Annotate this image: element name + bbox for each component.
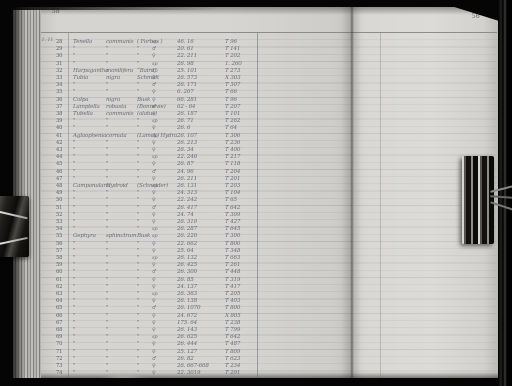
ledger-row: 52"""♀24. 74T 309 — [0, 212, 352, 219]
ledger-row: 66"""♀24. 672X 805 — [0, 313, 352, 320]
cell-sex: sp — [152, 154, 157, 160]
cell-no: 31 — [56, 61, 62, 67]
cell-reg: 6. 207 — [177, 89, 194, 95]
cell-g: " — [73, 46, 75, 52]
ledger-row: 51"""♂26. 417T 642 — [0, 205, 352, 212]
cell-no: 68 — [56, 327, 62, 333]
cell-no: 74 — [56, 370, 62, 376]
cell-no: 45 — [56, 161, 62, 167]
cell-g: " — [73, 334, 75, 340]
cell-g: " — [73, 255, 75, 261]
cell-t: T 809 — [225, 349, 240, 355]
cell-g: " — [73, 363, 75, 369]
cell-a: " — [137, 363, 139, 369]
cell-sex: ♀ — [152, 140, 155, 146]
ledger-row: 74"""♀22. 3019T 291 — [0, 370, 352, 377]
cell-s: " — [106, 161, 108, 167]
cell-t: T 96 — [225, 39, 237, 45]
cell-reg: 26. 625 — [177, 334, 197, 340]
cell-reg: 26. 87 — [177, 161, 194, 167]
cell-reg: 26. 213 — [177, 140, 197, 146]
cell-no: 62 — [56, 284, 62, 290]
cell-no: 72 — [56, 356, 62, 362]
cell-no: 57 — [56, 248, 62, 254]
cell-a: " — [137, 262, 139, 268]
cell-t: T 307 — [225, 82, 240, 88]
cell-s: " — [106, 226, 108, 232]
cell-a: " — [137, 334, 139, 340]
cell-sex: sp — [152, 39, 157, 45]
cell-sex: ♀ — [152, 197, 155, 203]
ledger-row: 60"""♂26. 300T 448 — [0, 269, 352, 276]
cell-s: " — [106, 169, 108, 175]
cell-s: " — [106, 219, 108, 225]
cell-no: 30 — [56, 53, 62, 59]
cell-s: " — [106, 284, 108, 290]
cell-a: " — [137, 284, 139, 290]
cell-sex: sp — [152, 233, 157, 239]
cell-g: " — [73, 349, 75, 355]
cell-no: 46 — [56, 169, 62, 175]
cell-g: " — [73, 161, 75, 167]
ledger-row: 53"""♀26. 310T 427 — [0, 219, 352, 226]
cell-s: communis — [106, 39, 133, 45]
cell-sex: ♀ — [152, 147, 155, 153]
cell-no: 33 — [56, 75, 62, 81]
cell-sex: sp — [152, 133, 157, 139]
cell-reg: 26. 573 — [177, 75, 197, 81]
cell-no: 58 — [56, 255, 62, 261]
photo-bottom-edge — [0, 378, 512, 386]
cell-g: " — [73, 169, 75, 175]
cell-s: " — [106, 313, 108, 319]
cell-g: " — [73, 125, 75, 131]
cell-no: 69 — [56, 334, 62, 340]
cell-g: Tubella — [73, 111, 93, 117]
ledger-row: 40"""♀26. 6T 64 — [0, 125, 352, 132]
cell-sex: ♀ — [152, 284, 155, 290]
cell-g: " — [73, 219, 75, 225]
cell-reg: 26. 211 — [177, 176, 197, 182]
cell-s: " — [106, 363, 108, 369]
cell-g: Campanularia — [73, 183, 111, 189]
cell-g: " — [73, 89, 75, 95]
cell-s: monilifera — [106, 68, 133, 74]
cell-g: " — [73, 320, 75, 326]
cell-t: T 261 — [225, 262, 240, 268]
cell-reg: 62 - 64 — [177, 104, 195, 110]
cell-reg: 26. 363 — [177, 291, 197, 297]
cell-a: " — [137, 269, 139, 275]
cell-t: T 309 — [225, 212, 240, 218]
cell-s: " — [106, 197, 108, 203]
cell-no: 59 — [56, 262, 62, 268]
cell-no: 41 — [56, 133, 62, 139]
cell-no: 48 — [56, 183, 62, 189]
cell-g: " — [73, 205, 75, 211]
cell-reg: 26. 287 — [177, 226, 197, 232]
cell-g: Tubia — [73, 75, 88, 81]
cell-t: T 217 — [225, 154, 240, 160]
ledger-row: 45"""♀26. 87T 118 — [0, 161, 352, 168]
ledger-row: 37Lamptellarobusta(Bonnevie)♂62 - 64T 20… — [0, 104, 352, 111]
ledger-row: 31"""sp26. 981. 260 — [0, 61, 352, 68]
cell-a: " — [137, 46, 139, 52]
cell-t: 1. 260 — [225, 61, 242, 67]
cell-sex: ♀ — [152, 190, 155, 196]
cell-g: " — [73, 284, 75, 290]
cell-reg: 26. 6 — [177, 125, 190, 131]
cell-g: Gephyra — [73, 233, 96, 239]
cell-a: " — [137, 327, 139, 333]
cell-reg: 26. 107 — [177, 133, 197, 139]
cell-no: 60 — [56, 269, 62, 275]
cell-a: " — [137, 248, 139, 254]
cell-no: 44 — [56, 154, 62, 160]
cell-t: T 300 — [225, 233, 240, 239]
cell-no: 47 — [56, 176, 62, 182]
cell-sex: ♂ — [152, 205, 156, 211]
cell-g: Aglaophenia — [73, 133, 106, 139]
cell-no: 49 — [56, 190, 62, 196]
cell-g: " — [73, 53, 75, 59]
cell-no: 65 — [56, 305, 62, 311]
cell-s: " — [106, 89, 108, 95]
cell-sex: sp — [152, 61, 157, 67]
ledger-row: 73"""♀26. 667-668T 234 — [0, 363, 352, 370]
cell-s: " — [106, 305, 108, 311]
ledger-row: 50"""♀22. 242T 65 — [0, 197, 352, 204]
ledger-row: 62"""♀24. 137T 417 — [0, 284, 352, 291]
cell-t: T 262 — [225, 118, 240, 124]
cell-reg: 26. 131 — [177, 183, 197, 189]
cell-sex: ♀ — [152, 262, 155, 268]
cell-sex: sp — [152, 118, 157, 124]
cell-sex: ♂ — [152, 46, 156, 52]
cell-t: T 800 — [225, 305, 240, 311]
cell-a: " — [137, 205, 139, 211]
cell-no: 55 — [56, 233, 62, 239]
cell-s: " — [106, 298, 108, 304]
cell-reg: 24. 74 — [177, 212, 194, 218]
page-block-edge — [12, 4, 41, 380]
cell-t: T 448 — [225, 269, 240, 275]
ledger-row: 28Tenellacommunis( Forbes )sp46. 16T 96 — [0, 39, 352, 46]
cell-g: " — [73, 212, 75, 218]
cell-sex: ♀ — [152, 363, 155, 369]
cell-t: T 487 — [225, 341, 240, 347]
clip-prong — [0, 237, 28, 245]
cell-s: " — [106, 147, 108, 153]
cell-no: 71 — [56, 349, 62, 355]
cell-sex: ♀ — [152, 313, 155, 319]
ledger-row: 33TubianigraSchmidt♀26. 573X 303 — [0, 75, 352, 82]
cell-g: " — [73, 140, 75, 146]
cell-s: " — [106, 241, 108, 247]
cell-a: " — [137, 349, 139, 355]
cell-a: " — [137, 154, 139, 160]
cell-no: 37 — [56, 104, 62, 110]
cell-a: " — [137, 291, 139, 297]
ledger-row: 43"""♀26. 34T 400 — [0, 147, 352, 154]
cell-s: robusta — [106, 104, 126, 110]
cell-sex: ♀ — [152, 241, 155, 247]
cell-no: 39 — [56, 118, 62, 124]
cell-sex: ♀ — [152, 370, 155, 376]
ledger-row: 42"""♀26. 213T 236 — [0, 140, 352, 147]
ledger-row: 71"""♀25. 127T 809 — [0, 349, 352, 356]
cell-no: 50 — [56, 197, 62, 203]
cell-no: 35 — [56, 89, 62, 95]
cell-t: T 417 — [225, 284, 240, 290]
photo-left-edge — [0, 0, 13, 386]
cell-s: " — [106, 262, 108, 268]
cell-s: cornuta — [106, 133, 127, 139]
cell-no: 32 — [56, 68, 62, 74]
cell-no: 73 — [56, 363, 62, 369]
cell-reg: 26. 82 — [177, 356, 194, 362]
cell-g: " — [73, 305, 75, 311]
cell-s: " — [106, 341, 108, 347]
cell-reg: 22. 662 — [177, 241, 197, 247]
cell-reg: 22. 211 — [177, 53, 197, 59]
photo-top-edge — [0, 0, 512, 7]
cell-s: " — [106, 154, 108, 160]
cell-no: 28 — [56, 39, 62, 45]
cell-s: communis — [106, 111, 133, 117]
cell-g: " — [73, 118, 75, 124]
cell-t: T 238 — [225, 320, 240, 326]
cell-s: " — [106, 53, 108, 59]
cell-a: Schmidt — [137, 75, 159, 81]
cell-reg: 20. 61 — [177, 46, 194, 52]
cell-no: 54 — [56, 226, 62, 232]
cell-reg: 24. 137 — [177, 284, 197, 290]
cell-sex: ♀ — [152, 89, 155, 95]
cell-reg: 26. 425 — [177, 262, 197, 268]
cell-g: " — [73, 370, 75, 376]
cell-no: 61 — [56, 277, 62, 283]
cell-t: T 319 — [225, 277, 240, 283]
cell-reg: 26. 171 — [177, 82, 197, 88]
cell-g: " — [73, 313, 75, 319]
cell-a: " — [137, 176, 139, 182]
ledger-row: 41Aglaopheniacornuta(Lamck) Hydrasp26. 1… — [0, 133, 352, 140]
cell-no: 51 — [56, 205, 62, 211]
cell-t: T 273 — [225, 68, 240, 74]
cell-sex: ♀ — [152, 176, 155, 182]
cell-t: T 642 — [225, 334, 240, 340]
cell-t: T 205 — [225, 291, 240, 297]
cell-g: " — [73, 327, 75, 333]
cell-t: T 64 — [225, 125, 237, 131]
cell-t: T 306 — [225, 133, 240, 139]
cell-t: T 101 — [225, 111, 240, 117]
cell-t: T 291 — [225, 370, 240, 376]
cell-t: T 202 — [225, 53, 240, 59]
cell-a: " — [137, 161, 139, 167]
ledger-row: 72"""♂26. 82T 623 — [0, 356, 352, 363]
cell-sex: ♂ — [152, 356, 156, 362]
cell-g: " — [73, 190, 75, 196]
cell-s: " — [106, 277, 108, 283]
cell-sex: sp — [152, 183, 157, 189]
cell-s: nigra — [106, 75, 120, 81]
cell-t: T 400 — [225, 147, 240, 153]
cell-a: " — [137, 147, 139, 153]
cell-t: T 642 — [225, 205, 240, 211]
ledger-rows: 28Tenellacommunis( Forbes )sp46. 16T 962… — [0, 0, 512, 386]
cell-t: T 403 — [225, 298, 240, 304]
cell-no: 38 — [56, 111, 62, 117]
ledger-row: 70"""♀26. 444T 487 — [0, 341, 352, 348]
cell-s: " — [106, 140, 108, 146]
cell-t: T 663 — [225, 255, 240, 261]
cell-a: " — [137, 356, 139, 362]
cell-a: " — [137, 305, 139, 311]
cell-s: " — [106, 190, 108, 196]
cell-sex: sp — [152, 68, 157, 74]
cell-reg: 26. 34 — [177, 147, 194, 153]
cell-no: 63 — [56, 291, 62, 297]
cell-no: 64 — [56, 298, 62, 304]
cell-sex: ♀ — [152, 97, 155, 103]
cell-a: " — [137, 89, 139, 95]
cell-a: Busk — [137, 97, 150, 103]
photo-right-edge — [498, 0, 512, 386]
cell-g: Colpa — [73, 97, 88, 103]
cell-t: T 623 — [225, 356, 240, 362]
ledger-row: 39"""sp26. 71T 262 — [0, 118, 352, 125]
cell-a: " — [137, 255, 139, 261]
cell-a: " — [137, 197, 139, 203]
ledger-photo: 58 56 1943. 1. 11. 28Tenellacommunis( Fo… — [0, 0, 512, 386]
cell-t: T 96 — [225, 97, 237, 103]
ledger-row: 55GephyrasphinctrumBusksp26. 220T 300 — [0, 233, 352, 240]
ledger-row: 49"""♀24. 313T 104 — [0, 190, 352, 197]
cell-g: " — [73, 262, 75, 268]
cell-reg: 175. 64 — [177, 320, 197, 326]
cell-reg: 26. 417 — [177, 205, 197, 211]
cell-g: " — [73, 277, 75, 283]
ledger-row: 69"""sp26. 625T 642 — [0, 334, 352, 341]
cell-s: " — [106, 176, 108, 182]
cell-a: " — [137, 298, 139, 304]
ledger-row: 38Tubellacommunis(alatus)♀26. 187T 101 — [0, 111, 352, 118]
cell-sex: ♂ — [152, 82, 156, 88]
cell-s: " — [106, 212, 108, 218]
cell-a: Busk — [137, 233, 150, 239]
cell-reg: 26. 71 — [177, 118, 194, 124]
cell-reg: 26. 98 — [177, 61, 194, 67]
cell-sex: ♂ — [152, 269, 156, 275]
cell-g: " — [73, 248, 75, 254]
photo-top-edge-fade — [0, 7, 220, 10]
cell-sex: ♀ — [152, 219, 155, 225]
cell-sex: ♀ — [152, 341, 155, 347]
cell-s: Hydroid — [106, 183, 128, 189]
cell-sex: ♀ — [152, 111, 155, 117]
cell-a: " — [137, 219, 139, 225]
cell-t: T 141 — [225, 46, 240, 52]
cell-no: 52 — [56, 212, 62, 218]
cell-g: " — [73, 176, 75, 182]
cell-sex: sp — [152, 255, 157, 261]
cell-reg: 26. 300 — [177, 269, 197, 275]
cell-t: T 645 — [225, 226, 240, 232]
cell-a: " — [137, 277, 139, 283]
cell-g: " — [73, 241, 75, 247]
cell-t: T 104 — [225, 190, 240, 196]
cell-g: Harpagantha — [73, 68, 108, 74]
cell-a: " — [137, 169, 139, 175]
cell-sex: ♀ — [152, 125, 155, 131]
cell-sex: ♂ — [152, 305, 156, 311]
cell-s: " — [106, 349, 108, 355]
cell-g: " — [73, 154, 75, 160]
cell-t: T 427 — [225, 219, 240, 225]
ledger-row: 54"""sp26. 287T 645 — [0, 226, 352, 233]
cell-reg: 25. 127 — [177, 349, 197, 355]
cell-sex: ♀ — [152, 320, 155, 326]
ledger-row: 61"""♀26. 85T 319 — [0, 277, 352, 284]
cell-sex: ♀ — [152, 212, 155, 218]
cell-t: T 236 — [225, 140, 240, 146]
cell-s: " — [106, 327, 108, 333]
cell-sex: ♀ — [152, 248, 155, 254]
cell-no: 56 — [56, 241, 62, 247]
cell-reg: 26. 143 — [177, 327, 197, 333]
cell-g: " — [73, 341, 75, 347]
cell-s: " — [106, 205, 108, 211]
cell-s: " — [106, 82, 108, 88]
cell-reg: 26. 132 — [177, 255, 197, 261]
cell-t: T 204 — [225, 169, 240, 175]
cell-no: 67 — [56, 320, 62, 326]
cell-reg: 26. 444 — [177, 341, 197, 347]
cell-g: " — [73, 61, 75, 67]
ledger-row: 46"""♂24. 96T 204 — [0, 169, 352, 176]
cell-g: Lamptella — [73, 104, 100, 110]
cell-s: " — [106, 61, 108, 67]
cell-a: " — [137, 61, 139, 67]
ledger-row: 67"""♀175. 64T 238 — [0, 320, 352, 327]
ledger-row: 35"""♀6. 207T 66 — [0, 89, 352, 96]
cell-sex: ♀ — [152, 327, 155, 333]
cell-g: " — [73, 356, 75, 362]
cell-reg: 24. 313 — [177, 190, 197, 196]
cell-s: " — [106, 125, 108, 131]
cell-reg: 26. 138 — [177, 298, 197, 304]
cell-s: " — [106, 320, 108, 326]
cell-t: T 799 — [225, 327, 240, 333]
ledger-row: 64"""♀26. 138T 403 — [0, 298, 352, 305]
ledger-row: 44"""sp22. 240T 217 — [0, 154, 352, 161]
cell-t: T 348 — [225, 248, 240, 254]
ledger-row: 63"""sp26. 363T 205 — [0, 291, 352, 298]
cell-sex: ♀ — [152, 298, 155, 304]
cell-a: " — [137, 212, 139, 218]
cell-a: " — [137, 125, 139, 131]
cell-s: " — [106, 334, 108, 340]
cell-sex: ♀ — [152, 161, 155, 167]
ledger-row: 68"""♀26. 143T 799 — [0, 327, 352, 334]
cell-a: " — [137, 118, 139, 124]
cell-no: 36 — [56, 97, 62, 103]
cell-sex: ♀ — [152, 75, 155, 81]
cell-a: " — [137, 226, 139, 232]
cell-sex: sp — [152, 291, 157, 297]
